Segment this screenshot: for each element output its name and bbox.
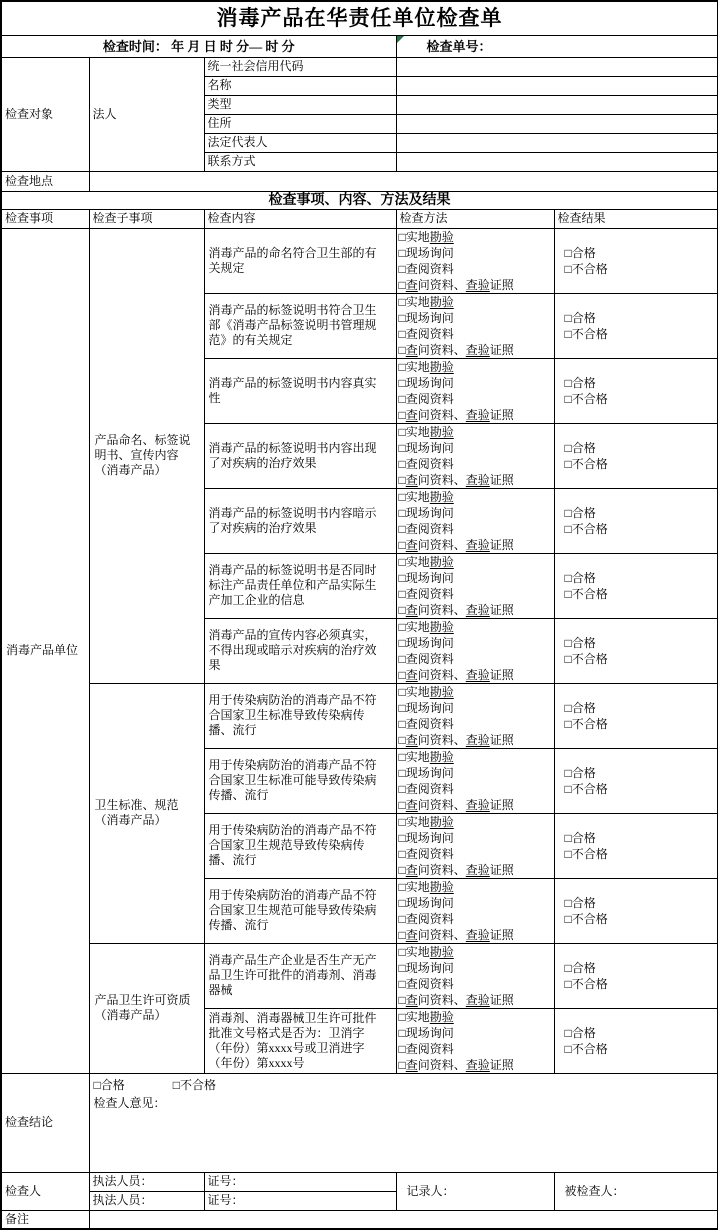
- method-option[interactable]: □现场询问: [399, 570, 552, 586]
- inspection-form: 消毒产品在华责任单位检查单 检查时间： 年 月 日 时 分— 时 分 检查单号：…: [0, 0, 718, 1230]
- method-option-label: 查阅资料: [406, 262, 454, 276]
- officer-field[interactable]: 执法人员：: [89, 1191, 204, 1210]
- method-option[interactable]: □现场询问: [399, 700, 552, 716]
- result-option[interactable]: □不合格: [565, 976, 715, 992]
- method-option[interactable]: □实地勘验: [399, 489, 552, 505]
- subcategory-cell: 产品卫生许可资质（消毒产品）: [89, 943, 204, 1073]
- checkbox-icon[interactable]: □: [399, 750, 406, 764]
- checkbox-icon[interactable]: □: [399, 1026, 406, 1040]
- checkbox-icon[interactable]: □: [565, 782, 572, 796]
- method-option[interactable]: □查阅资料: [399, 261, 552, 277]
- conclusion-option-label: 不合格: [180, 1078, 216, 1092]
- method-option-label: 实地: [406, 945, 430, 959]
- checkbox-icon[interactable]: □: [565, 1026, 572, 1040]
- method-option[interactable]: □查问资料、查验证照: [399, 992, 552, 1008]
- method-option[interactable]: □查阅资料: [399, 846, 552, 862]
- result-option[interactable]: □不合格: [565, 391, 715, 407]
- result-option-label: 合格: [572, 506, 596, 520]
- method-option[interactable]: □查问资料、查验证照: [399, 602, 552, 618]
- method-option[interactable]: □查阅资料: [399, 586, 552, 602]
- col-header-result: 检查结果: [554, 209, 718, 228]
- col-header-subitem: 检查子事项: [89, 209, 204, 228]
- checkbox-icon[interactable]: □: [399, 685, 406, 699]
- result-option[interactable]: □合格: [565, 895, 715, 911]
- methods-cell: □实地勘验□现场询问□查阅资料□查问资料、查验证照: [396, 683, 554, 748]
- checkbox-icon[interactable]: □: [399, 961, 406, 975]
- checkbox-icon[interactable]: □: [399, 555, 406, 569]
- subject-type: 法人: [89, 57, 204, 171]
- checkbox-icon[interactable]: □: [565, 717, 572, 731]
- recorder-field[interactable]: 记录人：: [396, 1172, 554, 1210]
- method-option-label: 现场询问: [406, 896, 454, 910]
- checkbox-icon[interactable]: □: [565, 327, 572, 341]
- method-option[interactable]: □查阅资料: [399, 976, 552, 992]
- checkbox-icon[interactable]: □: [565, 766, 572, 780]
- checkbox-icon[interactable]: □: [399, 522, 406, 536]
- method-option-label: 查: [406, 343, 418, 357]
- result-option[interactable]: □不合格: [565, 521, 715, 537]
- checkbox-icon[interactable]: □: [399, 1042, 406, 1056]
- field-value[interactable]: [396, 152, 718, 171]
- result-option[interactable]: □不合格: [565, 781, 715, 797]
- content-cell: 消毒产品的标签说明书符合卫生部《消毒产品标签说明书管理规范》的有关规定: [204, 293, 396, 358]
- method-option-label: 现场询问: [406, 701, 454, 715]
- result-option[interactable]: □不合格: [565, 261, 715, 277]
- checkbox-icon[interactable]: □: [565, 831, 572, 845]
- method-option[interactable]: □实地勘验: [399, 879, 552, 895]
- method-option[interactable]: □查阅资料: [399, 521, 552, 537]
- method-option[interactable]: □实地勘验: [399, 619, 552, 635]
- method-option-label: 证照: [490, 343, 514, 357]
- inspector-opinion-label: 检查人意见：: [94, 1094, 714, 1112]
- result-option[interactable]: □合格: [565, 570, 715, 586]
- methods-cell: □实地勘验□现场询问□查阅资料□查问资料、查验证照: [396, 423, 554, 488]
- checkbox-icon[interactable]: □: [399, 441, 406, 455]
- checkbox-icon[interactable]: □: [565, 847, 572, 861]
- content-cell: 消毒剂、消毒器械卫生许可批件批准文号格式是否为：卫消字（年份）第xxxx号或卫消…: [204, 1008, 396, 1073]
- checkbox-icon[interactable]: □: [565, 587, 572, 601]
- conclusion-label: 检查结论: [1, 1073, 89, 1172]
- checkbox-icon[interactable]: □: [399, 376, 406, 390]
- result-option[interactable]: □合格: [565, 310, 715, 326]
- checkbox-icon[interactable]: □: [399, 636, 406, 650]
- method-option[interactable]: □实地勘验: [399, 424, 552, 440]
- checkbox-icon[interactable]: □: [399, 717, 406, 731]
- result-option[interactable]: □合格: [565, 960, 715, 976]
- checkbox-icon[interactable]: □: [399, 457, 406, 471]
- subject-row: 检查对象 法人 统一社会信用代码: [1, 57, 718, 76]
- method-option-label: 查验: [466, 603, 490, 617]
- checkbox-icon[interactable]: □: [399, 977, 406, 991]
- checkbox-icon[interactable]: □: [565, 441, 572, 455]
- sheet-number-field[interactable]: 检查单号：: [396, 35, 718, 57]
- checkbox-icon[interactable]: □: [565, 636, 572, 650]
- checkbox-icon[interactable]: □: [565, 392, 572, 406]
- checkbox-icon[interactable]: □: [399, 327, 406, 341]
- checkbox-icon[interactable]: □: [399, 880, 406, 894]
- checkbox-icon[interactable]: □: [399, 538, 406, 552]
- checkbox-icon[interactable]: □: [399, 863, 406, 877]
- method-option[interactable]: □现场询问: [399, 310, 552, 326]
- method-option-label: 现场询问: [406, 961, 454, 975]
- result-option[interactable]: □不合格: [565, 651, 715, 667]
- method-option[interactable]: □实地勘验: [399, 944, 552, 960]
- checkbox-icon[interactable]: □: [399, 392, 406, 406]
- checkbox-icon[interactable]: □: [399, 425, 406, 439]
- content-cell: 消毒产品的标签说明书内容真实性: [204, 358, 396, 423]
- remark-label: 备注: [1, 1210, 89, 1229]
- method-option-label: 查: [406, 603, 418, 617]
- method-option[interactable]: □实地勘验: [399, 684, 552, 700]
- method-option[interactable]: □查阅资料: [399, 781, 552, 797]
- form-top: 消毒产品在华责任单位检查单 检查时间： 年 月 日 时 分— 时 分 检查单号：…: [1, 1, 718, 228]
- result-option-label: 合格: [572, 1026, 596, 1040]
- method-option-label: 勘验: [430, 425, 454, 439]
- result-option-label: 不合格: [572, 587, 608, 601]
- result-option-label: 不合格: [572, 262, 608, 276]
- field-value[interactable]: [396, 133, 718, 152]
- method-option-label: 查阅资料: [406, 522, 454, 536]
- checkbox-icon[interactable]: □: [399, 262, 406, 276]
- inspection-row: 卫生标准、规范（消毒产品）用于传染病防治的消毒产品不符合国家卫生标准导致传染病传…: [1, 683, 718, 748]
- field-value[interactable]: [396, 114, 718, 133]
- conclusion-option-pass[interactable]: □合格: [94, 1078, 125, 1092]
- checkbox-icon[interactable]: □: [399, 1010, 406, 1024]
- method-option-label: 现场询问: [406, 246, 454, 260]
- checkbox-icon[interactable]: □: [565, 311, 572, 325]
- method-option-label: 实地: [406, 230, 430, 244]
- method-option[interactable]: □查问资料、查验证照: [399, 797, 552, 813]
- conclusion-options: □合格□不合格: [94, 1076, 714, 1094]
- method-option[interactable]: □查问资料、查验证照: [399, 537, 552, 553]
- checkbox-icon[interactable]: □: [565, 912, 572, 926]
- method-option-label: 查验: [466, 863, 490, 877]
- method-option-label: 查验: [466, 668, 490, 682]
- method-option-label: 实地: [406, 815, 430, 829]
- checkbox-icon[interactable]: □: [399, 311, 406, 325]
- inspected-person-field[interactable]: 被检查人：: [554, 1172, 718, 1210]
- result-option[interactable]: □不合格: [565, 911, 715, 927]
- result-option-label: 不合格: [572, 392, 608, 406]
- checkbox-icon[interactable]: □: [399, 896, 406, 910]
- result-option[interactable]: □不合格: [565, 326, 715, 342]
- page-title: 消毒产品在华责任单位检查单: [1, 1, 718, 35]
- inspector-label: 检查人: [1, 1172, 89, 1210]
- method-option-label: 实地: [406, 490, 430, 504]
- category-cell: 消毒产品单位: [1, 228, 89, 1073]
- method-option-label: 现场询问: [406, 1026, 454, 1040]
- method-option-label: 实地: [406, 295, 430, 309]
- result-option-label: 合格: [572, 766, 596, 780]
- method-option-label: 查阅资料: [406, 1042, 454, 1056]
- method-option[interactable]: □查阅资料: [399, 651, 552, 667]
- checkbox-icon[interactable]: □: [399, 230, 406, 244]
- method-option-label: 现场询问: [406, 571, 454, 585]
- checkbox-icon[interactable]: □: [399, 815, 406, 829]
- method-option-label: 现场询问: [406, 766, 454, 780]
- content-cell: 消毒产品的宣传内容必须真实，不得出现或暗示对疾病的治疗效果: [204, 618, 396, 683]
- checkbox-icon[interactable]: □: [565, 522, 572, 536]
- title-row: 消毒产品在华责任单位检查单: [1, 1, 718, 35]
- checkbox-icon[interactable]: □: [565, 262, 572, 276]
- col-header-method: 检查方法: [396, 209, 554, 228]
- method-option[interactable]: □查阅资料: [399, 1041, 552, 1057]
- field-label: 住所: [204, 114, 396, 133]
- method-option-label: 勘验: [430, 945, 454, 959]
- method-option[interactable]: □现场询问: [399, 245, 552, 261]
- result-option[interactable]: □不合格: [565, 1041, 715, 1057]
- checkbox-icon[interactable]: □: [399, 912, 406, 926]
- method-option[interactable]: □现场询问: [399, 960, 552, 976]
- inspection-time-field[interactable]: 检查时间： 年 月 日 时 分— 时 分: [1, 35, 396, 57]
- result-option-label: 不合格: [572, 847, 608, 861]
- result-option[interactable]: □不合格: [565, 846, 715, 862]
- checkbox-icon[interactable]: □: [399, 701, 406, 715]
- result-option-label: 合格: [572, 441, 596, 455]
- checkbox-icon[interactable]: □: [399, 571, 406, 585]
- results-cell: □合格□不合格: [554, 553, 718, 618]
- officer-field[interactable]: 执法人员：: [89, 1172, 204, 1191]
- checkbox-icon[interactable]: □: [565, 571, 572, 585]
- sheet-number-label: 检查单号：: [427, 39, 492, 54]
- checkbox-icon[interactable]: □: [565, 652, 572, 666]
- checkbox-icon[interactable]: □: [565, 961, 572, 975]
- result-option[interactable]: □合格: [565, 635, 715, 651]
- method-option[interactable]: □查阅资料: [399, 911, 552, 927]
- result-option[interactable]: □合格: [565, 440, 715, 456]
- cert-field[interactable]: 证号：: [204, 1191, 396, 1210]
- result-option[interactable]: □合格: [565, 700, 715, 716]
- result-option[interactable]: □合格: [565, 375, 715, 391]
- method-option-label: 证照: [490, 278, 514, 292]
- result-option-label: 合格: [572, 246, 596, 260]
- checkbox-icon[interactable]: □: [399, 343, 406, 357]
- method-option[interactable]: □查问资料、查验证照: [399, 732, 552, 748]
- field-value[interactable]: [396, 95, 718, 114]
- method-option-label: 查: [406, 993, 418, 1007]
- result-option[interactable]: □合格: [565, 245, 715, 261]
- method-option-label: 问资料、: [418, 733, 466, 747]
- result-option[interactable]: □不合格: [565, 456, 715, 472]
- method-option-label: 现场询问: [406, 376, 454, 390]
- method-option[interactable]: □现场询问: [399, 375, 552, 391]
- method-option-label: 勘验: [430, 1010, 454, 1024]
- content-cell: 消毒产品的标签说明书是否同时标注产品责任单位和产品实际生产加工企业的信息: [204, 553, 396, 618]
- checkbox-icon[interactable]: □: [565, 246, 572, 260]
- result-option-label: 不合格: [572, 522, 608, 536]
- method-option-label: 查: [406, 798, 418, 812]
- results-cell: □合格□不合格: [554, 228, 718, 293]
- method-option-label: 勘验: [430, 230, 454, 244]
- checkbox-icon[interactable]: □: [399, 945, 406, 959]
- subcategory-cell: 卫生标准、规范（消毒产品）: [89, 683, 204, 943]
- field-label: 名称: [204, 76, 396, 95]
- method-option-label: 勘验: [430, 620, 454, 634]
- method-option[interactable]: □实地勘验: [399, 1009, 552, 1025]
- checkbox-icon[interactable]: □: [399, 603, 406, 617]
- field-value[interactable]: [396, 76, 718, 95]
- checkbox-icon[interactable]: □: [399, 473, 406, 487]
- method-option-label: 查: [406, 473, 418, 487]
- result-option-label: 合格: [572, 896, 596, 910]
- methods-cell: □实地勘验□现场询问□查阅资料□查问资料、查验证照: [396, 293, 554, 358]
- result-option[interactable]: □合格: [565, 1025, 715, 1041]
- method-option[interactable]: □实地勘验: [399, 294, 552, 310]
- checkbox-icon[interactable]: □: [565, 457, 572, 471]
- method-option[interactable]: □查问资料、查验证照: [399, 472, 552, 488]
- checkbox-icon[interactable]: □: [399, 831, 406, 845]
- checkbox-icon[interactable]: □: [399, 928, 406, 942]
- method-option[interactable]: □查阅资料: [399, 391, 552, 407]
- method-option[interactable]: □查阅资料: [399, 716, 552, 732]
- method-option[interactable]: □查问资料、查验证照: [399, 407, 552, 423]
- method-option-label: 查阅资料: [406, 327, 454, 341]
- checkbox-icon[interactable]: □: [565, 506, 572, 520]
- field-label: 联系方式: [204, 152, 396, 171]
- method-option[interactable]: □查问资料、查验证照: [399, 277, 552, 293]
- method-option[interactable]: □现场询问: [399, 765, 552, 781]
- checkbox-icon[interactable]: □: [399, 733, 406, 747]
- method-option-label: 查阅资料: [406, 847, 454, 861]
- checkbox-icon[interactable]: □: [565, 896, 572, 910]
- method-option[interactable]: □现场询问: [399, 505, 552, 521]
- checkbox-icon[interactable]: □: [399, 620, 406, 634]
- result-option-label: 不合格: [572, 977, 608, 991]
- method-option-label: 查验: [466, 343, 490, 357]
- method-option-label: 现场询问: [406, 636, 454, 650]
- method-option[interactable]: □查问资料、查验证照: [399, 1057, 552, 1073]
- field-value[interactable]: [396, 57, 718, 76]
- checkbox-icon[interactable]: □: [399, 1058, 406, 1072]
- checkbox-icon[interactable]: □: [399, 782, 406, 796]
- method-option[interactable]: □查问资料、查验证照: [399, 927, 552, 943]
- cert-field[interactable]: 证号：: [204, 1172, 396, 1191]
- method-option-label: 问资料、: [418, 408, 466, 422]
- method-option-label: 证照: [490, 473, 514, 487]
- methods-cell: □实地勘验□现场询问□查阅资料□查问资料、查验证照: [396, 1008, 554, 1073]
- method-option-label: 查阅资料: [406, 652, 454, 666]
- result-option-label: 合格: [572, 701, 596, 715]
- checkbox-icon[interactable]: □: [399, 652, 406, 666]
- conclusion-option-fail[interactable]: □不合格: [173, 1078, 216, 1092]
- method-option[interactable]: □实地勘验: [399, 554, 552, 570]
- method-option-label: 问资料、: [418, 993, 466, 1007]
- result-option-label: 不合格: [572, 457, 608, 471]
- remark-row: 备注: [1, 1210, 718, 1229]
- method-option-label: 查: [406, 668, 418, 682]
- results-cell: □合格□不合格: [554, 1008, 718, 1073]
- col-header-content: 检查内容: [204, 209, 396, 228]
- method-option-label: 证照: [490, 863, 514, 877]
- checkbox-icon[interactable]: □: [399, 847, 406, 861]
- result-option[interactable]: □不合格: [565, 716, 715, 732]
- content-cell: 消毒产品的标签说明书内容出现了对疾病的治疗效果: [204, 423, 396, 488]
- method-option[interactable]: □现场询问: [399, 1025, 552, 1041]
- content-cell: 消毒产品的标签说明书内容暗示了对疾病的治疗效果: [204, 488, 396, 553]
- method-option[interactable]: □现场询问: [399, 635, 552, 651]
- checkbox-icon[interactable]: □: [565, 376, 572, 390]
- method-option-label: 实地: [406, 425, 430, 439]
- method-option-label: 查验: [466, 1058, 490, 1072]
- location-value[interactable]: [89, 171, 718, 191]
- method-option[interactable]: □查阅资料: [399, 456, 552, 472]
- method-option-label: 勘验: [430, 750, 454, 764]
- method-option[interactable]: □查阅资料: [399, 326, 552, 342]
- method-option[interactable]: □查问资料、查验证照: [399, 342, 552, 358]
- result-option-label: 合格: [572, 571, 596, 585]
- method-option[interactable]: □实地勘验: [399, 359, 552, 375]
- method-option-label: 查阅资料: [406, 912, 454, 926]
- method-option-label: 勘验: [430, 685, 454, 699]
- method-option[interactable]: □查问资料、查验证照: [399, 667, 552, 683]
- checkbox-icon[interactable]: □: [565, 701, 572, 715]
- method-option-label: 查阅资料: [406, 717, 454, 731]
- method-option-label: 查验: [466, 798, 490, 812]
- result-option[interactable]: □合格: [565, 830, 715, 846]
- method-option[interactable]: □实地勘验: [399, 814, 552, 830]
- checkbox-icon[interactable]: □: [399, 587, 406, 601]
- checkbox-icon[interactable]: □: [399, 295, 406, 309]
- method-option[interactable]: □现场询问: [399, 830, 552, 846]
- checkbox-icon[interactable]: □: [399, 490, 406, 504]
- results-cell: □合格□不合格: [554, 683, 718, 748]
- checkbox-icon[interactable]: □: [94, 1078, 101, 1092]
- checkbox-icon[interactable]: □: [399, 506, 406, 520]
- remark-value[interactable]: [89, 1210, 718, 1229]
- method-option[interactable]: □现场询问: [399, 440, 552, 456]
- result-option[interactable]: □不合格: [565, 586, 715, 602]
- checkbox-icon[interactable]: □: [399, 278, 406, 292]
- method-option-label: 问资料、: [418, 603, 466, 617]
- method-option[interactable]: □实地勘验: [399, 229, 552, 245]
- subject-label: 检查对象: [1, 57, 89, 171]
- checkbox-icon[interactable]: □: [399, 246, 406, 260]
- method-option[interactable]: □查问资料、查验证照: [399, 862, 552, 878]
- content-cell: 用于传染病防治的消毒产品不符合国家卫生标准可能导致传染病传播、流行: [204, 748, 396, 813]
- col-header-item: 检查事项: [1, 209, 89, 228]
- methods-cell: □实地勘验□现场询问□查阅资料□查问资料、查验证照: [396, 748, 554, 813]
- field-label: 类型: [204, 95, 396, 114]
- result-option-label: 合格: [572, 311, 596, 325]
- checkbox-icon[interactable]: □: [173, 1078, 180, 1092]
- checkbox-icon[interactable]: □: [399, 993, 406, 1007]
- location-label: 检查地点: [1, 171, 89, 191]
- method-option-label: 查阅资料: [406, 457, 454, 471]
- method-option[interactable]: □现场询问: [399, 895, 552, 911]
- method-option[interactable]: □实地勘验: [399, 749, 552, 765]
- checkbox-icon[interactable]: □: [399, 408, 406, 422]
- methods-cell: □实地勘验□现场询问□查阅资料□查问资料、查验证照: [396, 228, 554, 293]
- method-option-label: 勘验: [430, 295, 454, 309]
- method-option-label: 问资料、: [418, 928, 466, 942]
- method-option-label: 查验: [466, 538, 490, 552]
- result-option[interactable]: □合格: [565, 505, 715, 521]
- result-option-label: 不合格: [572, 912, 608, 926]
- method-option-label: 实地: [406, 1010, 430, 1024]
- checkbox-icon[interactable]: □: [399, 798, 406, 812]
- result-option-label: 不合格: [572, 327, 608, 341]
- method-option-label: 证照: [490, 408, 514, 422]
- checkbox-icon[interactable]: □: [399, 668, 406, 682]
- checkbox-icon[interactable]: □: [565, 977, 572, 991]
- checkbox-icon[interactable]: □: [399, 766, 406, 780]
- checkbox-icon[interactable]: □: [565, 1042, 572, 1056]
- checkbox-icon[interactable]: □: [399, 360, 406, 374]
- location-row: 检查地点: [1, 171, 718, 191]
- result-option[interactable]: □合格: [565, 765, 715, 781]
- field-label: 法定代表人: [204, 133, 396, 152]
- result-option-label: 合格: [572, 376, 596, 390]
